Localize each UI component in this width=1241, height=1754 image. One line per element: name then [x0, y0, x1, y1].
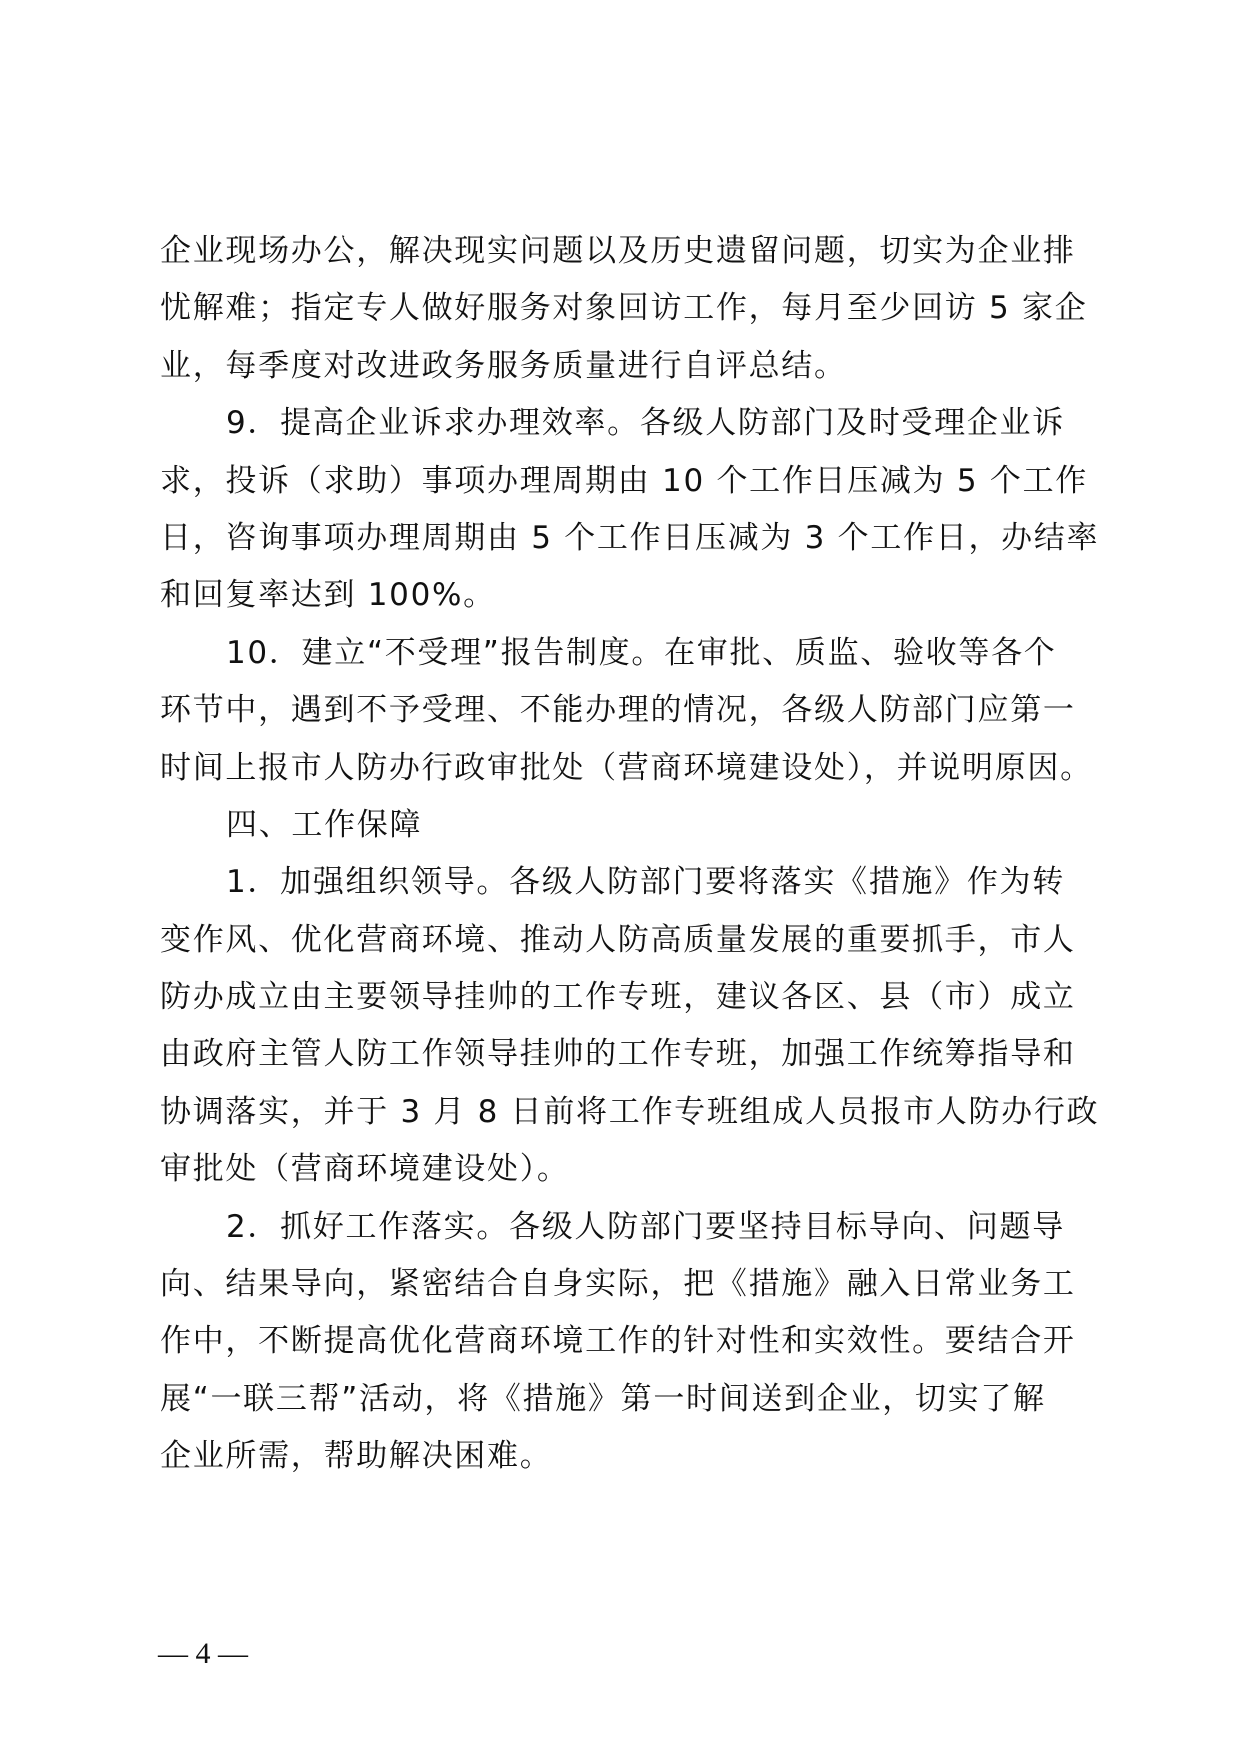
- text-line: 审批处（营商环境建设处）。: [160, 1141, 1082, 1198]
- text-line: 业，每季度对改进政务服务质量进行自评总结。: [160, 338, 1082, 395]
- document-page: 企业现场办公，解决现实问题以及历史遗留问题，切实为企业排 忧解难；指定专人做好服…: [0, 0, 1241, 1754]
- document-body: 企业现场办公，解决现实问题以及历史遗留问题，切实为企业排 忧解难；指定专人做好服…: [160, 223, 1082, 1486]
- text-line: 企业现场办公，解决现实问题以及历史遗留问题，切实为企业排: [160, 223, 1082, 280]
- text-line: 由政府主管人防工作领导挂帅的工作专班，加强工作统筹指导和: [160, 1026, 1082, 1083]
- guarantee-1-heading-line: 1．加强组织领导。各级人防部门要将落实《措施》作为转: [160, 854, 1082, 911]
- text-line: 环节中，遇到不予受理、不能办理的情况，各级人防部门应第一: [160, 682, 1082, 739]
- text-line: 求，投诉（求助）事项办理周期由 10 个工作日压减为 5 个工作: [160, 453, 1082, 510]
- section-heading-work-guarantee: 四、工作保障: [160, 797, 1082, 854]
- text-line: 变作风、优化营商环境、推动人防高质量发展的重要抓手，市人: [160, 912, 1082, 969]
- text-line: 展“一联三帮”活动，将《措施》第一时间送到企业，切实了解: [160, 1371, 1082, 1428]
- text-line: 向、结果导向，紧密结合自身实际，把《措施》融入日常业务工: [160, 1256, 1082, 1313]
- text-line: 协调落实，并于 3 月 8 日前将工作专班组成人员报市人防办行政: [160, 1084, 1082, 1141]
- page-number: — 4 —: [158, 1636, 248, 1672]
- text-line: 时间上报市人防办行政审批处（营商环境建设处），并说明原因。: [160, 740, 1082, 797]
- text-line: 日，咨询事项办理周期由 5 个工作日压减为 3 个工作日，办结率: [160, 510, 1082, 567]
- text-line: 作中，不断提高优化营商环境工作的针对性和实效性。要结合开: [160, 1313, 1082, 1370]
- text-line: 防办成立由主要领导挂帅的工作专班，建议各区、县（市）成立: [160, 969, 1082, 1026]
- guarantee-2-heading-line: 2．抓好工作落实。各级人防部门要坚持目标导向、问题导: [160, 1199, 1082, 1256]
- text-line: 忧解难；指定专人做好服务对象回访工作，每月至少回访 5 家企: [160, 280, 1082, 337]
- item-9-heading-line: 9．提高企业诉求办理效率。各级人防部门及时受理企业诉: [160, 395, 1082, 452]
- item-10-heading-line: 10．建立“不受理”报告制度。在审批、质监、验收等各个: [160, 625, 1082, 682]
- text-line: 企业所需，帮助解决困难。: [160, 1428, 1082, 1485]
- text-line: 和回复率达到 100%。: [160, 567, 1082, 624]
